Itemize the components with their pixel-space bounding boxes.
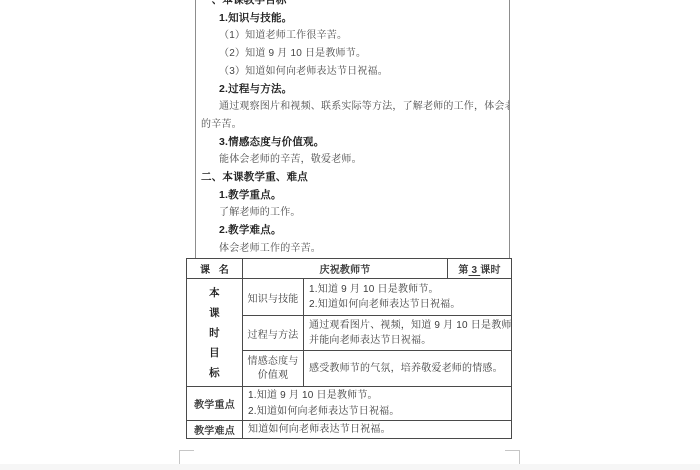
goal-item-2: （2）知道 9 月 10 日是教师节。 bbox=[196, 45, 509, 63]
key-point-text: 了解老师的工作。 bbox=[196, 204, 509, 222]
process-methods-text-line1: 通过观察图片和视频、联系实际等方法，了解老师的工作，体会老师工作 bbox=[196, 98, 509, 116]
knowledge-skills-line2: 2.知道如何向老师表达节日祝福。 bbox=[304, 297, 511, 313]
key-points-line2: 2.知道如何向老师表达节日祝福。 bbox=[243, 404, 511, 420]
difficulty-line1: 知道如何向老师表达节日祝福。 bbox=[243, 422, 511, 438]
subheading-affect-values: 3.情感态度与价值观。 bbox=[196, 134, 509, 152]
difficulty-label: 教学难点 bbox=[187, 421, 243, 439]
goal-char-mu: 目 bbox=[209, 345, 220, 360]
key-points-line1: 1.知道 9 月 10 日是教师节。 bbox=[243, 388, 511, 404]
subheading-key-point: 1.教学重点。 bbox=[196, 187, 509, 205]
lesson-plan-text-block: 一、本课教学目标 1.知识与技能。 （1）知道老师工作很辛苦。 （2）知道 9 … bbox=[195, 0, 510, 258]
knowledge-skills-content: 1.知道 9 月 10 日是教师节。 2.知道如何向老师表达节日祝福。 bbox=[304, 279, 512, 316]
period-goals-vertical-label: 本 课 时 目 标 bbox=[187, 281, 242, 385]
goal-item-3: （3）知道如何向老师表达节日祝福。 bbox=[196, 63, 509, 81]
goal-char-shi: 时 bbox=[209, 325, 220, 340]
knowledge-skills-line1: 1.知道 9 月 10 日是教师节。 bbox=[304, 282, 511, 298]
period-goals-vertical-label-cell: 本 课 时 目 标 bbox=[187, 279, 243, 387]
table-row-difficulty: 教学难点 知道如何向老师表达节日祝福。 bbox=[187, 421, 512, 439]
table-row-course-name: 课 名 庆祝教师节 第 3 课时 bbox=[187, 259, 512, 279]
subheading-process-methods: 2.过程与方法。 bbox=[196, 81, 509, 99]
table-row-knowledge-skills: 本 课 时 目 标 知识与技能 1.知道 9 月 10 日是教师节。 2.知道如… bbox=[187, 279, 512, 316]
page-gap-band bbox=[0, 464, 700, 470]
affect-values-text: 能体会老师的辛苦，敬爱老师。 bbox=[196, 151, 509, 169]
next-page-corner-mark-left bbox=[179, 450, 194, 464]
period-suffix: 课时 bbox=[480, 265, 500, 276]
period-prefix: 第 bbox=[458, 265, 468, 276]
subheading-difficult-point: 2.教学难点。 bbox=[196, 222, 509, 240]
affect-values-content: 感受教师节的气氛，培养敬爱老师的情感。 bbox=[304, 351, 512, 387]
process-methods-label: 过程与方法 bbox=[243, 316, 304, 351]
key-points-label: 教学重点 bbox=[187, 387, 243, 421]
outline-lines: 一、本课教学目标 1.知识与技能。 （1）知道老师工作很辛苦。 （2）知道 9 … bbox=[196, 0, 509, 258]
lesson-period-table: 课 名 庆祝教师节 第 3 课时 本 课 时 目 标 知识与技能 bbox=[186, 258, 512, 439]
goal-char-ke: 课 bbox=[209, 305, 220, 320]
affect-values-label-line1: 情感态度与 bbox=[243, 355, 303, 369]
key-points-content: 1.知道 9 月 10 日是教师节。 2.知道如何向老师表达节日祝福。 bbox=[243, 387, 512, 421]
course-name-label: 课 名 bbox=[187, 261, 242, 276]
document-page: 一、本课教学目标 1.知识与技能。 （1）知道老师工作很辛苦。 （2）知道 9 … bbox=[0, 0, 700, 470]
course-name-value: 庆祝教师节 bbox=[243, 259, 448, 279]
process-methods-line1: 通过观看图片、视频，知道 9 月 10 日是教师节， bbox=[304, 318, 511, 334]
difficulty-content: 知道如何向老师表达节日祝福。 bbox=[243, 421, 512, 439]
period-number-cell: 第 3 课时 bbox=[448, 259, 512, 279]
affect-values-line1: 感受教师节的气氛，培养敬爱老师的情感。 bbox=[304, 361, 511, 377]
heading-key-difficult-points: 二、本课教学重、难点 bbox=[196, 169, 509, 187]
course-name-label-cell: 课 名 bbox=[187, 259, 243, 279]
knowledge-skills-label: 知识与技能 bbox=[243, 279, 304, 316]
affect-values-label: 情感态度与 价值观 bbox=[243, 351, 304, 387]
process-methods-content: 通过观看图片、视频，知道 9 月 10 日是教师节， 并能向老师表达节日祝福。 bbox=[304, 316, 512, 351]
goal-char-ben: 本 bbox=[209, 285, 220, 300]
affect-values-label-line2: 价值观 bbox=[243, 369, 303, 383]
goal-char-biao: 标 bbox=[209, 365, 220, 380]
process-methods-text-line2: 的辛苦。 bbox=[196, 116, 509, 134]
table-row-key-points: 教学重点 1.知道 9 月 10 日是教师节。 2.知道如何向老师表达节日祝福。 bbox=[187, 387, 512, 421]
goal-item-1: （1）知道老师工作很辛苦。 bbox=[196, 27, 509, 45]
subheading-knowledge-skills: 1.知识与技能。 bbox=[196, 10, 509, 28]
heading-teaching-goals: 一、本课教学目标 bbox=[196, 0, 509, 10]
difficult-point-text: 体会老师工作的辛苦。 bbox=[196, 240, 509, 258]
course-label-char-2: 名 bbox=[219, 261, 229, 276]
next-page-corner-mark-right bbox=[505, 450, 520, 464]
process-methods-line2: 并能向老师表达节日祝福。 bbox=[304, 333, 511, 349]
course-label-char-1: 课 bbox=[200, 261, 210, 276]
period-number: 3 bbox=[469, 265, 481, 276]
